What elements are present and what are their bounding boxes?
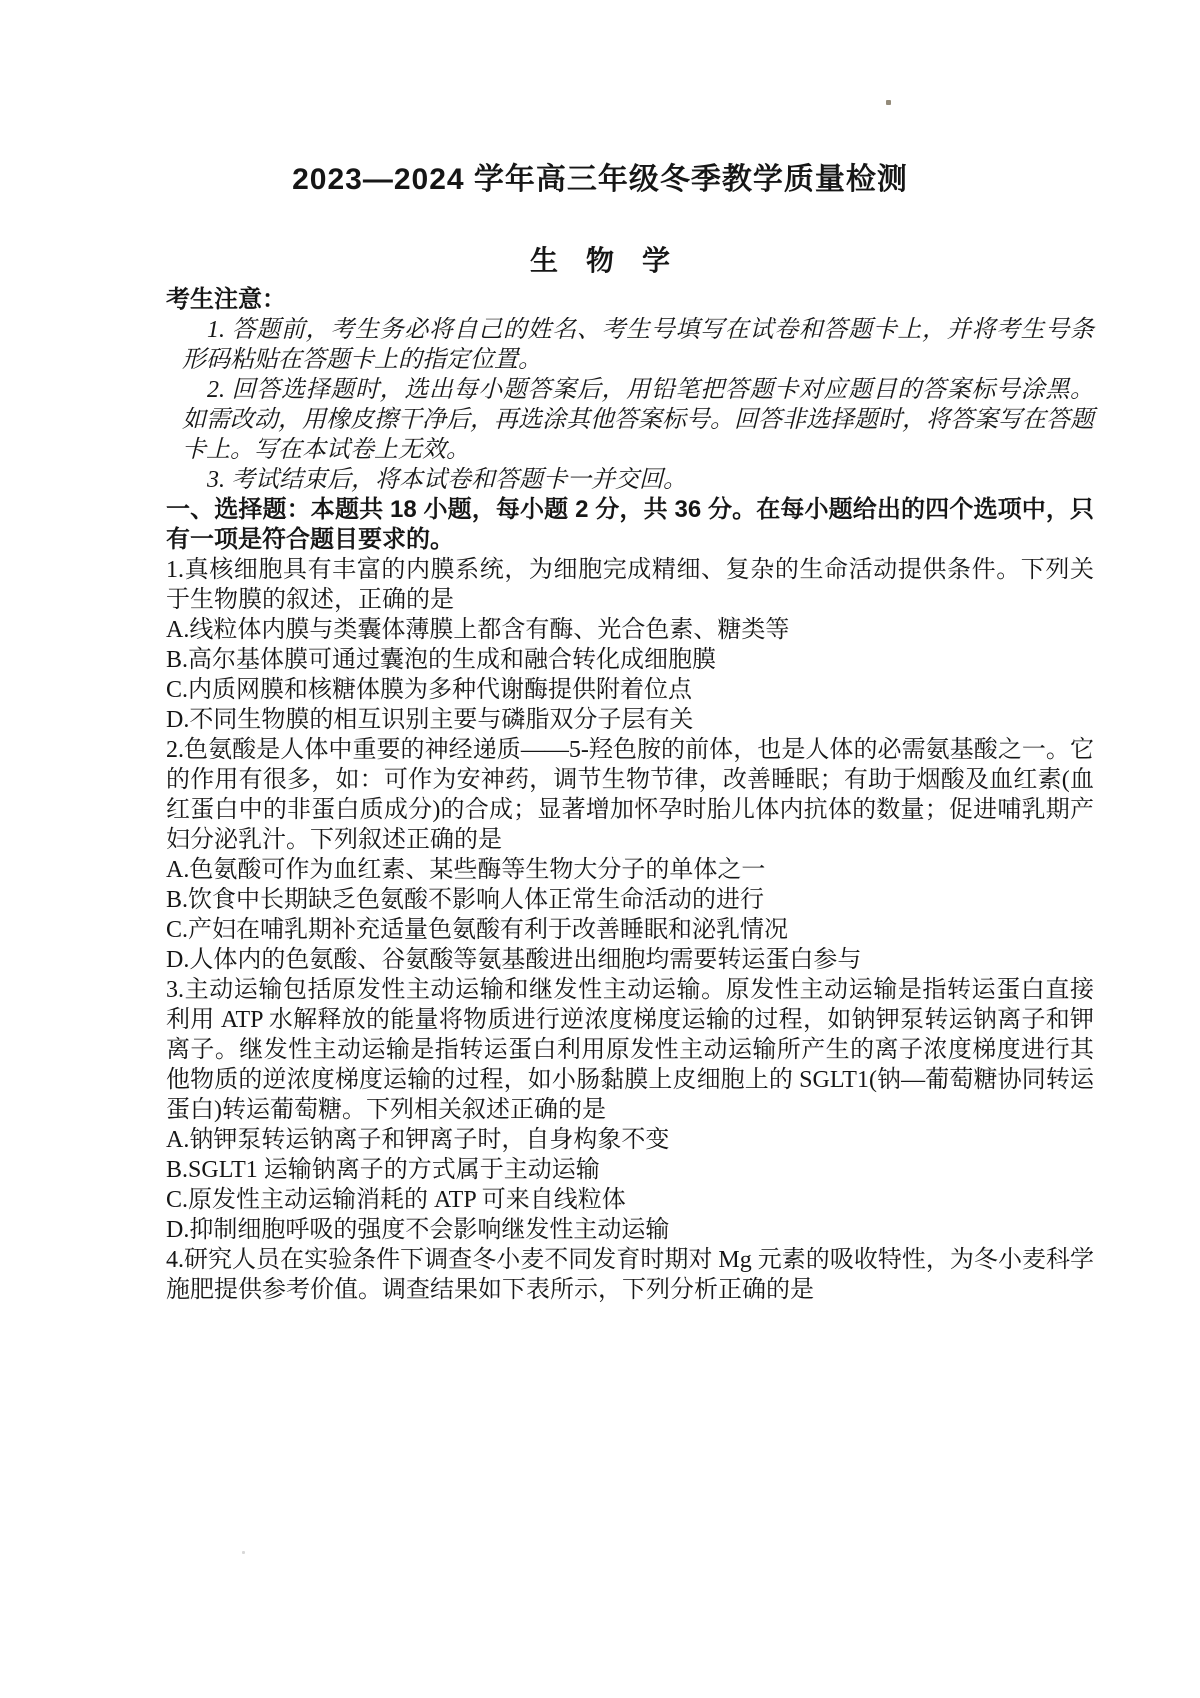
question-1-option-d: D.不同生物膜的相互识别主要与磷脂双分子层有关 — [166, 705, 1094, 735]
question-4-stem: 4.研究人员在实验条件下调查冬小麦不同发育时期对 Mg 元素的吸收特性，为冬小麦… — [166, 1245, 1094, 1305]
question-2-option-c: C.产妇在哺乳期补充适量色氨酸有利于改善睡眠和泌乳情况 — [166, 915, 1094, 945]
ink-speck — [886, 100, 891, 105]
subject-title: 生 物 学 — [0, 245, 1200, 277]
notice-item-3: 3. 考试结束后，将本试卷和答题卡一并交回。 — [182, 465, 1094, 495]
faint-speck — [242, 1551, 245, 1554]
question-3-option-a: A.钠钾泵转运钠离子和钾离子时，自身构象不变 — [166, 1125, 1094, 1155]
question-2-option-a: A.色氨酸可作为血红素、某些酶等生物大分子的单体之一 — [166, 855, 1094, 885]
exam-title: 2023—2024 学年高三年级冬季教学质量检测 — [0, 162, 1200, 198]
question-2-stem: 2.色氨酸是人体中重要的神经递质——5-羟色胺的前体，也是人体的必需氨基酸之一。… — [166, 735, 1094, 855]
exam-paper-page: 2023—2024 学年高三年级冬季教学质量检测 生 物 学 考生注意： 1. … — [0, 0, 1200, 1698]
notice-item-1: 1. 答题前，考生务必将自己的姓名、考生号填写在试卷和答题卡上，并将考生号条形码… — [182, 315, 1094, 375]
exam-body: 考生注意： 1. 答题前，考生务必将自己的姓名、考生号填写在试卷和答题卡上，并将… — [166, 285, 1094, 1305]
question-1-option-a: A.线粒体内膜与类囊体薄膜上都含有酶、光合色素、糖类等 — [166, 615, 1094, 645]
question-2-option-b: B.饮食中长期缺乏色氨酸不影响人体正常生命活动的进行 — [166, 885, 1094, 915]
question-2-option-d: D.人体内的色氨酸、谷氨酸等氨基酸进出细胞均需要转运蛋白参与 — [166, 945, 1094, 975]
notice-heading: 考生注意： — [166, 285, 1094, 315]
question-4: 4.研究人员在实验条件下调查冬小麦不同发育时期对 Mg 元素的吸收特性，为冬小麦… — [166, 1245, 1094, 1305]
section-heading: 一、选择题：本题共 18 小题，每小题 2 分，共 36 分。在每小题给出的四个… — [166, 495, 1094, 555]
question-3-option-b: B.SGLT1 运输钠离子的方式属于主动运输 — [166, 1155, 1094, 1185]
question-2: 2.色氨酸是人体中重要的神经递质——5-羟色胺的前体，也是人体的必需氨基酸之一。… — [166, 735, 1094, 975]
question-1-stem: 1.真核细胞具有丰富的内膜系统，为细胞完成精细、复杂的生命活动提供条件。下列关于… — [166, 555, 1094, 615]
question-3-option-d: D.抑制细胞呼吸的强度不会影响继发性主动运输 — [166, 1215, 1094, 1245]
question-3: 3.主动运输包括原发性主动运输和继发性主动运输。原发性主动运输是指转运蛋白直接利… — [166, 975, 1094, 1245]
question-1-option-c: C.内质网膜和核糖体膜为多种代谢酶提供附着位点 — [166, 675, 1094, 705]
question-1-option-b: B.高尔基体膜可通过囊泡的生成和融合转化成细胞膜 — [166, 645, 1094, 675]
notice-item-2: 2. 回答选择题时，选出每小题答案后，用铅笔把答题卡对应题目的答案标号涂黑。如需… — [182, 375, 1094, 465]
question-3-stem: 3.主动运输包括原发性主动运输和继发性主动运输。原发性主动运输是指转运蛋白直接利… — [166, 975, 1094, 1125]
question-1: 1.真核细胞具有丰富的内膜系统，为细胞完成精细、复杂的生命活动提供条件。下列关于… — [166, 555, 1094, 735]
question-3-option-c: C.原发性主动运输消耗的 ATP 可来自线粒体 — [166, 1185, 1094, 1215]
